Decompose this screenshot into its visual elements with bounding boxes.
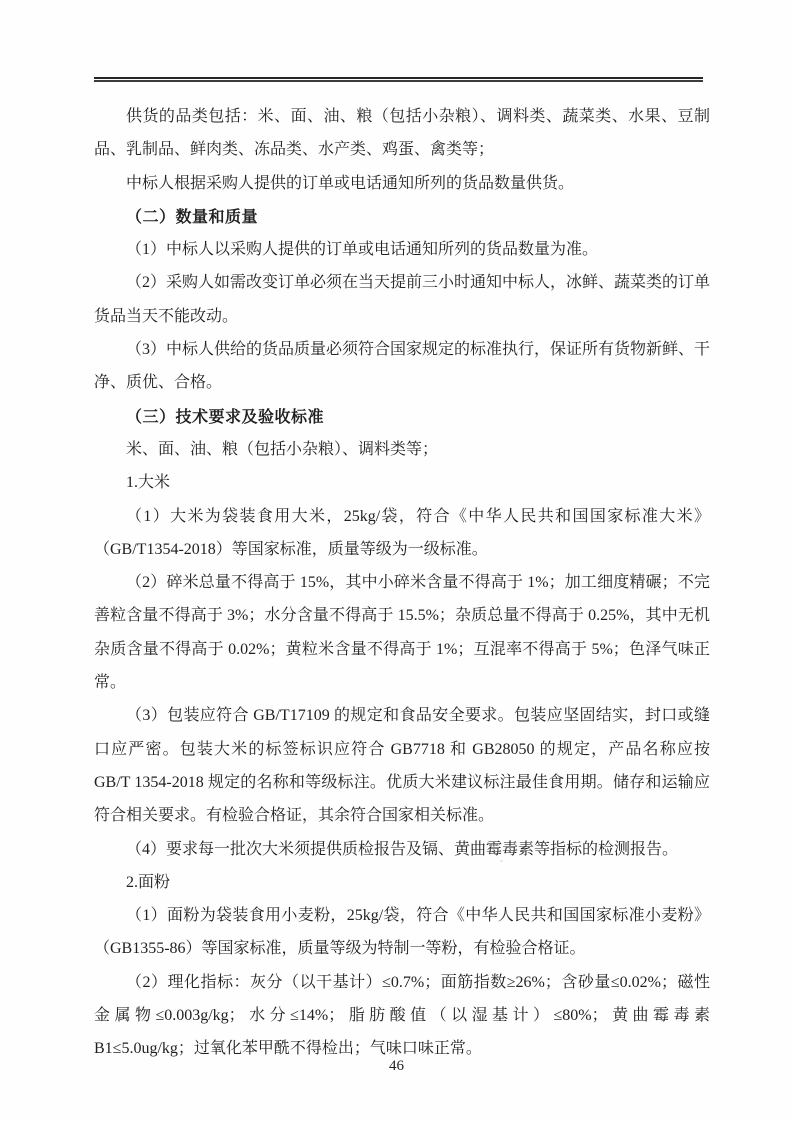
paragraph: （1）大米为袋装食用大米，25kg/袋，符合《中华人民共和国国家标准大米》（GB… — [94, 500, 710, 567]
section-heading: （三）技术要求及验收标准 — [94, 400, 710, 433]
paragraph: 中标人根据采购人提供的订单或电话通知所列的货品数量供货。 — [94, 167, 710, 200]
scan-speck — [500, 860, 503, 862]
scan-speck — [651, 113, 654, 116]
page-number: 46 — [0, 1058, 793, 1075]
header-rule — [94, 77, 703, 82]
paragraph: （4）要求每一批次大米须提供质检报告及镉、黄曲霉毒素等指标的检测报告。 — [94, 833, 710, 866]
paragraph: 2.面粉 — [94, 866, 710, 899]
paragraph: （3）中标人供给的货品质量必须符合国家规定的标准执行，保证所有货物新鲜、干净、质… — [94, 333, 710, 400]
paragraph: （1）中标人以采购人提供的订单或电话通知所列的货品数量为准。 — [94, 233, 710, 266]
paragraph: （3）包装应符合 GB/T17109 的规定和食品安全要求。包装应坚固结实，封口… — [94, 699, 710, 832]
paragraph: 供货的品类包括：米、面、油、粮（包括小杂粮）、调料类、蔬菜类、水果、豆制品、乳制… — [94, 100, 710, 167]
document-page: 供货的品类包括：米、面、油、粮（包括小杂粮）、调料类、蔬菜类、水果、豆制品、乳制… — [0, 0, 793, 1122]
paragraph: （2）理化指标：灰分（以干基计）≤0.7%；面筋指数≥26%；含砂量≤0.02%… — [94, 966, 710, 1066]
paragraph: （1）面粉为袋装食用小麦粉，25kg/袋，符合《中华人民共和国国家标准小麦粉》（… — [94, 899, 710, 966]
paragraph: （2）碎米总量不得高于 15%，其中小碎米含量不得高于 1%；加工细度精碾；不完… — [94, 566, 710, 699]
document-body: 供货的品类包括：米、面、油、粮（包括小杂粮）、调料类、蔬菜类、水果、豆制品、乳制… — [94, 100, 710, 1066]
scan-speck — [345, 1051, 347, 1053]
paragraph: 1.大米 — [94, 466, 710, 499]
paragraph: 米、面、油、粮（包括小杂粮）、调料类等； — [94, 433, 710, 466]
paragraph: （2）采购人如需改变订单必须在当天提前三小时通知中标人，冰鲜、蔬菜类的订单货品当… — [94, 266, 710, 333]
section-heading: （二）数量和质量 — [94, 200, 710, 233]
